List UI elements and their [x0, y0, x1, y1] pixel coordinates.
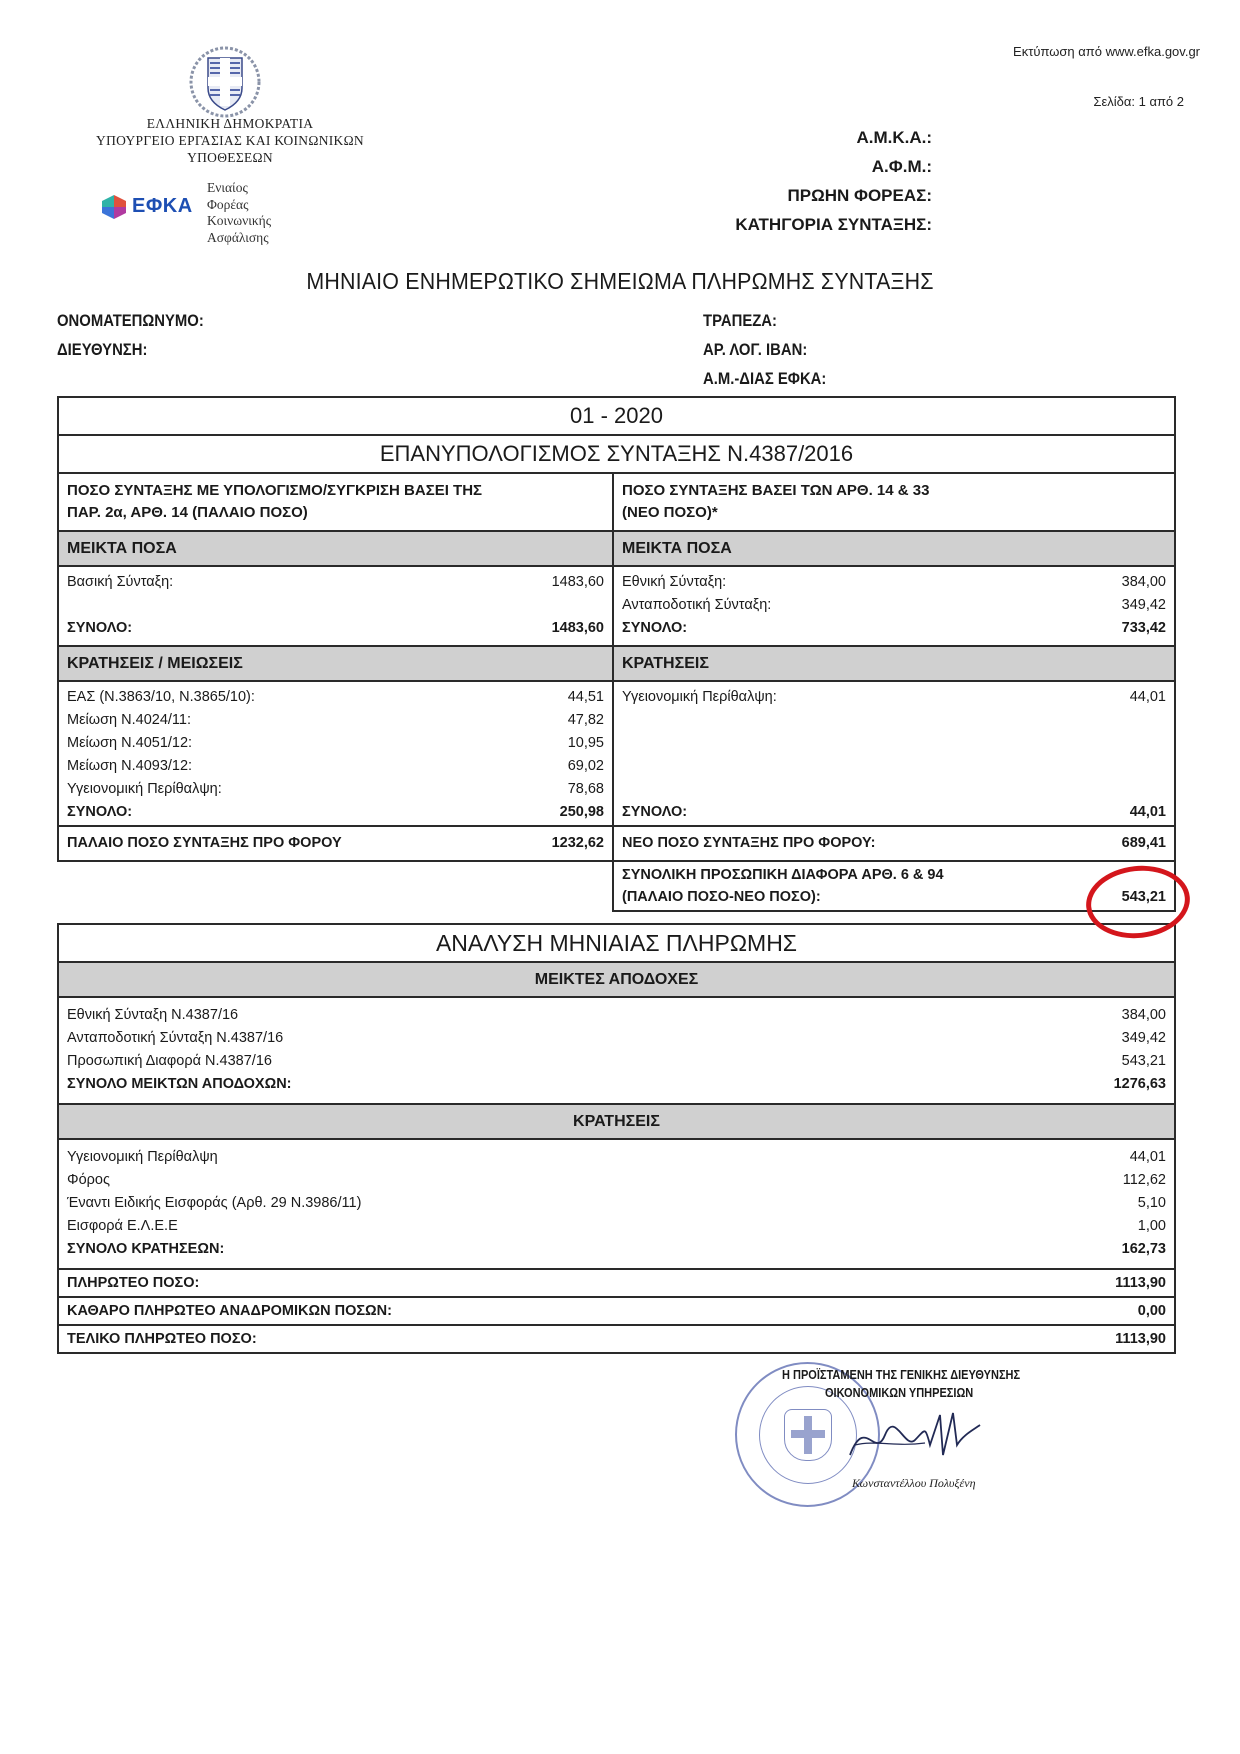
pre-tax-value: 1232,62 — [552, 832, 604, 855]
efka-wordmark: ΕΦΚΑ — [132, 195, 193, 218]
final-label: ΤΕΛΙΚΟ ΠΛΗΡΩΤΕΟ ΠΟΣΟ: — [67, 1328, 257, 1351]
old-amount-heading: ΠΟΣΟ ΣΥΝΤΑΞΗΣ ΜΕ ΥΠΟΛΟΓΙΣΜΟ/ΣΥΓΚΡΙΣΗ ΒΑΣ… — [57, 472, 614, 532]
deductions-total: ΣΥΝΟΛΟ ΚΡΑΤΗΣΕΩΝ:162,73 — [67, 1238, 1166, 1261]
difference-label-line: (ΠΑΛΑΙΟ ΠΟΣΟ-ΝΕΟ ΠΟΣΟ): — [622, 886, 821, 908]
total-value: 1483,60 — [552, 617, 604, 640]
recalc-heading: ΕΠΑΝΥΠΟΛΟΓΙΣΜΟΣ ΣΥΝΤΑΞΗΣ Ν.4387/2016 — [57, 434, 1176, 474]
item-label: Υγειονομική Περίθαλψη — [67, 1146, 218, 1169]
line-item: ΕΑΣ (Ν.3863/10, Ν.3865/10):44,51 — [67, 686, 604, 709]
payment-heading: ΑΝΑΛΥΣΗ ΜΗΝΙΑΙΑΣ ΠΛΗΡΩΜΗΣ — [57, 923, 1176, 963]
old-deductions-heading: ΚΡΑΤΗΣΕΙΣ / ΜΕΙΩΣΕΙΣ — [57, 645, 614, 682]
gov-line: ΥΠΟΘΕΣΕΩΝ — [60, 149, 400, 166]
tagline-line: Φορέας — [207, 197, 271, 214]
item-label: Υγειονομική Περίθαλψη: — [67, 778, 222, 801]
stamp-shield — [784, 1409, 832, 1461]
new-amount-heading: ΠΟΣΟ ΣΥΝΤΑΞΗΣ ΒΑΣΕΙ ΤΩΝ ΑΡΘ. 14 & 33 (ΝΕ… — [612, 472, 1176, 532]
item-label: Προσωπική Διαφορά Ν.4387/16 — [67, 1050, 272, 1073]
stamp-cross — [804, 1416, 812, 1454]
heading-line: (ΝΕΟ ΠΟΣΟ)* — [622, 502, 1166, 524]
line-item: Μείωση Ν.4051/12:10,95 — [67, 732, 604, 755]
total-label: ΣΥΝΟΛΟ ΚΡΑΤΗΣΕΩΝ: — [67, 1238, 224, 1261]
spacer — [67, 594, 604, 617]
pre-tax-value: 689,41 — [1122, 832, 1166, 855]
field-iban: ΑΡ. ΛΟΓ. IBAN: — [703, 341, 807, 360]
field-former-fund: ΠΡΩΗΝ ΦΟΡΕΑΣ: — [787, 186, 932, 206]
spacer — [622, 778, 1166, 801]
pre-tax-label: ΠΑΛΑΙΟ ΠΟΣΟ ΣΥΝΤΑΞΗΣ ΠΡΟ ΦΟΡΟΥ — [67, 832, 342, 855]
total-value: 733,42 — [1122, 617, 1166, 640]
line-item: Υγειονομική Περίθαλψη44,01 — [67, 1146, 1166, 1169]
new-pre-tax-row: ΝΕΟ ΠΟΣΟ ΣΥΝΤΑΞΗΣ ΠΡΟ ΦΟΡΟΥ:689,41 — [612, 825, 1176, 862]
new-gross-heading: ΜΕΙΚΤΑ ΠΟΣΑ — [612, 530, 1176, 567]
item-label: Μείωση Ν.4093/12: — [67, 755, 192, 778]
total-value: 162,73 — [1122, 1238, 1166, 1261]
heading-line: ΠΟΣΟ ΣΥΝΤΑΞΗΣ ΜΕ ΥΠΟΛΟΓΙΣΜΟ/ΣΥΓΚΡΙΣΗ ΒΑΣ… — [67, 480, 604, 502]
old-pre-tax-row: ΠΑΛΑΙΟ ΠΟΣΟ ΣΥΝΤΑΞΗΣ ΠΡΟ ΦΟΡΟΥ1232,62 — [57, 825, 614, 862]
line-item: Υγειονομική Περίθαλψη:78,68 — [67, 778, 604, 801]
item-value: 1483,60 — [552, 571, 604, 594]
pre-tax-line: ΠΑΛΑΙΟ ΠΟΣΟ ΣΥΝΤΑΞΗΣ ΠΡΟ ΦΟΡΟΥ1232,62 — [67, 832, 604, 855]
item-value: 78,68 — [568, 778, 604, 801]
final-payable-line: ΤΕΛΙΚΟ ΠΛΗΡΩΤΕΟ ΠΟΣΟ:1113,90 — [67, 1328, 1166, 1351]
line-item: Προσωπική Διαφορά Ν.4387/16543,21 — [67, 1050, 1166, 1073]
new-deductions-heading: ΚΡΑΤΗΣΕΙΣ — [612, 645, 1176, 682]
gross-earnings-section: Εθνική Σύνταξη Ν.4387/16384,00 Ανταποδοτ… — [57, 996, 1176, 1105]
tagline-line: Κοινωνικής — [207, 213, 271, 230]
item-value: 112,62 — [1123, 1169, 1166, 1192]
old-gross-section: Βασική Σύνταξη:1483,60 ΣΥΝΟΛΟ:1483,60 — [57, 565, 614, 647]
item-label: ΕΑΣ (Ν.3863/10, Ν.3865/10): — [67, 686, 255, 709]
difference-line: (ΠΑΛΑΙΟ ΠΟΣΟ-ΝΕΟ ΠΟΣΟ):543,21 — [622, 886, 1166, 908]
line-item: Φόρος112,62 — [67, 1169, 1166, 1192]
total-value: 1276,63 — [1114, 1073, 1166, 1096]
retroactive-value: 0,00 — [1138, 1300, 1166, 1323]
spacer — [622, 732, 1166, 755]
payable-label: ΠΛΗΡΩΤΕΟ ΠΟΣΟ: — [67, 1272, 199, 1295]
gross-earnings-total: ΣΥΝΟΛΟ ΜΕΙΚΤΩΝ ΑΠΟΔΟΧΩΝ:1276,63 — [67, 1073, 1166, 1096]
item-label: Ανταποδοτική Σύνταξη: — [622, 594, 771, 617]
total-value: 250,98 — [560, 801, 604, 824]
field-full-name: ΟΝΟΜΑΤΕΠΩΝΥΜΟ: — [57, 312, 204, 331]
signer-name: Κωνσταντέλλου Πολυξένη — [852, 1476, 976, 1491]
item-label: Ανταποδοτική Σύνταξη Ν.4387/16 — [67, 1027, 283, 1050]
total-label: ΣΥΝΟΛΟ: — [67, 617, 132, 640]
spacer — [622, 709, 1166, 732]
efka-logo: ΕΦΚΑ — [102, 193, 192, 221]
line-item: Ανταποδοτική Σύνταξη:349,42 — [622, 594, 1166, 617]
payable-line: ΠΛΗΡΩΤΕΟ ΠΟΣΟ:1113,90 — [67, 1272, 1166, 1295]
field-am-dias: Α.Μ.-ΔΙΑΣ ΕΦΚΑ: — [703, 370, 826, 389]
pre-tax-label: ΝΕΟ ΠΟΣΟ ΣΥΝΤΑΞΗΣ ΠΡΟ ΦΟΡΟΥ: — [622, 832, 875, 855]
item-label: Φόρος — [67, 1169, 110, 1192]
item-label: Βασική Σύνταξη: — [67, 571, 173, 594]
new-gross-section: Εθνική Σύνταξη:384,00 Ανταποδοτική Σύντα… — [612, 565, 1176, 647]
signature-title: Η ΠΡΟΪΣΤΑΜΕΝΗ ΤΗΣ ΓΕΝΙΚΗΣ ΔΙΕΥΘΥΝΣΗΣ — [782, 1368, 1020, 1382]
total-label: ΣΥΝΟΛΟ: — [622, 617, 687, 640]
retroactive-line: ΚΑΘΑΡΟ ΠΛΗΡΩΤΕΟ ΑΝΑΔΡΟΜΙΚΩΝ ΠΟΣΩΝ:0,00 — [67, 1300, 1166, 1323]
item-value: 44,01 — [1130, 686, 1166, 709]
period-row: 01 - 2020 — [57, 396, 1176, 436]
field-address: ΔΙΕΥΘΥΝΣΗ: — [57, 341, 147, 360]
item-value: 10,95 — [568, 732, 604, 755]
item-value: 349,42 — [1122, 594, 1166, 617]
item-label: Εισφορά Ε.Λ.Ε.Ε — [67, 1215, 178, 1238]
item-value: 349,42 — [1122, 1027, 1166, 1050]
new-deductions-section: Υγειονομική Περίθαλψη:44,01 ΣΥΝΟΛΟ:44,01 — [612, 680, 1176, 827]
deductions-heading: ΚΡΑΤΗΣΕΙΣ — [57, 1103, 1176, 1140]
line-item: Έναντι Ειδικής Εισφοράς (Αρθ. 29 Ν.3986/… — [67, 1192, 1166, 1215]
line-item: Εισφορά Ε.Λ.Ε.Ε1,00 — [67, 1215, 1166, 1238]
item-value: 384,00 — [1122, 1004, 1166, 1027]
item-label: Έναντι Ειδικής Εισφοράς (Αρθ. 29 Ν.3986/… — [67, 1192, 361, 1215]
item-label: Μείωση Ν.4051/12: — [67, 732, 192, 755]
item-value: 543,21 — [1122, 1050, 1166, 1073]
old-deductions-section: ΕΑΣ (Ν.3863/10, Ν.3865/10):44,51 Μείωση … — [57, 680, 614, 827]
item-label: Μείωση Ν.4024/11: — [67, 709, 191, 732]
item-label: Εθνική Σύνταξη: — [622, 571, 726, 594]
old-gross-total: ΣΥΝΟΛΟ:1483,60 — [67, 617, 604, 640]
tagline-line: Ενιαίος — [207, 180, 271, 197]
item-value: 1,00 — [1138, 1215, 1166, 1238]
government-header: ΕΛΛΗΝΙΚΗ ΔΗΜΟΚΡΑΤΙΑ ΥΠΟΥΡΓΕΙΟ ΕΡΓΑΣΙΑΣ Κ… — [60, 115, 400, 166]
efka-tagline: Ενιαίος Φορέας Κοινωνικής Ασφάλισης — [207, 180, 271, 246]
signature-title: ΟΙΚΟΝΟΜΙΚΩΝ ΥΠΗΡΕΣΙΩΝ — [825, 1386, 973, 1400]
old-deductions-total: ΣΥΝΟΛΟ:250,98 — [67, 801, 604, 824]
deductions-section: Υγειονομική Περίθαλψη44,01 Φόρος112,62 Έ… — [57, 1138, 1176, 1270]
line-item: Ανταποδοτική Σύνταξη Ν.4387/16349,42 — [67, 1027, 1166, 1050]
signature-scribble-icon — [845, 1405, 985, 1465]
new-gross-total: ΣΥΝΟΛΟ:733,42 — [622, 617, 1166, 640]
field-pension-category: ΚΑΤΗΓΟΡΙΑ ΣΥΝΤΑΞΗΣ: — [735, 215, 932, 235]
line-item: Βασική Σύνταξη:1483,60 — [67, 571, 604, 594]
item-label: Υγειονομική Περίθαλψη: — [622, 686, 777, 709]
line-item: Μείωση Ν.4024/11:47,82 — [67, 709, 604, 732]
final-payable-value: 1113,90 — [1115, 1328, 1166, 1351]
item-value: 5,10 — [1138, 1192, 1166, 1215]
item-label: Εθνική Σύνταξη Ν.4387/16 — [67, 1004, 238, 1027]
pre-tax-line: ΝΕΟ ΠΟΣΟ ΣΥΝΤΑΞΗΣ ΠΡΟ ΦΟΡΟΥ:689,41 — [622, 832, 1166, 855]
old-gross-heading: ΜΕΙΚΤΑ ΠΟΣΑ — [57, 530, 614, 567]
gov-line: ΕΛΛΗΝΙΚΗ ΔΗΜΟΚΡΑΤΙΑ — [60, 115, 400, 132]
spacer — [622, 755, 1166, 778]
item-value: 47,82 — [568, 709, 604, 732]
field-afm: Α.Φ.Μ.: — [872, 157, 932, 177]
heading-line: ΠΑΡ. 2α, ΑΡΘ. 14 (ΠΑΛΑΙΟ ΠΟΣΟ) — [67, 502, 604, 524]
heading-line: ΠΟΣΟ ΣΥΝΤΑΞΗΣ ΒΑΣΕΙ ΤΩΝ ΑΡΘ. 14 & 33 — [622, 480, 1166, 502]
item-value: 44,51 — [568, 686, 604, 709]
page-indicator: Σελίδα: 1 από 2 — [1093, 94, 1184, 109]
item-value: 44,01 — [1130, 1146, 1166, 1169]
printed-from-note: Εκτύπωση από www.efka.gov.gr — [1013, 44, 1200, 59]
greek-coat-of-arms-icon — [186, 44, 264, 120]
final-payable-row: ΤΕΛΙΚΟ ΠΛΗΡΩΤΕΟ ΠΟΣΟ:1113,90 — [57, 1324, 1176, 1354]
total-value: 44,01 — [1130, 801, 1166, 824]
line-item: Εθνική Σύνταξη:384,00 — [622, 571, 1166, 594]
item-value: 69,02 — [568, 755, 604, 778]
gross-earnings-heading: ΜΕΙΚΤΕΣ ΑΠΟΔΟΧΕΣ — [57, 961, 1176, 998]
field-bank: ΤΡΑΠΕΖΑ: — [703, 312, 777, 331]
tagline-line: Ασφάλισης — [207, 230, 271, 247]
retroactive-label: ΚΑΘΑΡΟ ΠΛΗΡΩΤΕΟ ΑΝΑΔΡΟΜΙΚΩΝ ΠΟΣΩΝ: — [67, 1300, 392, 1323]
line-item: Εθνική Σύνταξη Ν.4387/16384,00 — [67, 1004, 1166, 1027]
retroactive-row: ΚΑΘΑΡΟ ΠΛΗΡΩΤΕΟ ΑΝΑΔΡΟΜΙΚΩΝ ΠΟΣΩΝ:0,00 — [57, 1296, 1176, 1326]
document-title: ΜΗΝΙΑΙΟ ΕΝΗΜΕΡΩΤΙΚΟ ΣΗΜΕΙΩΜΑ ΠΛΗΡΩΜΗΣ ΣΥ… — [43, 268, 1196, 295]
line-item: Μείωση Ν.4093/12:69,02 — [67, 755, 604, 778]
payable-value: 1113,90 — [1115, 1272, 1166, 1295]
total-label: ΣΥΝΟΛΟ: — [622, 801, 687, 824]
field-amka: Α.Μ.Κ.Α.: — [856, 128, 932, 148]
new-deductions-total: ΣΥΝΟΛΟ:44,01 — [622, 801, 1166, 824]
difference-label-line: ΣΥΝΟΛΙΚΗ ΠΡΟΣΩΠΙΚΗ ΔΙΑΦΟΡΑ ΑΡΘ. 6 & 94 — [622, 864, 1166, 886]
efka-hexagon-icon — [102, 195, 126, 219]
stamp-cross — [791, 1430, 825, 1438]
line-item: Υγειονομική Περίθαλψη:44,01 — [622, 686, 1166, 709]
gov-line: ΥΠΟΥΡΓΕΙΟ ΕΡΓΑΣΙΑΣ ΚΑΙ ΚΟΙΝΩΝΙΚΩΝ — [60, 132, 400, 149]
item-value: 384,00 — [1122, 571, 1166, 594]
total-label: ΣΥΝΟΛΟ: — [67, 801, 132, 824]
total-label: ΣΥΝΟΛΟ ΜΕΙΚΤΩΝ ΑΠΟΔΟΧΩΝ: — [67, 1073, 292, 1096]
payable-row: ΠΛΗΡΩΤΕΟ ΠΟΣΟ:1113,90 — [57, 1268, 1176, 1298]
